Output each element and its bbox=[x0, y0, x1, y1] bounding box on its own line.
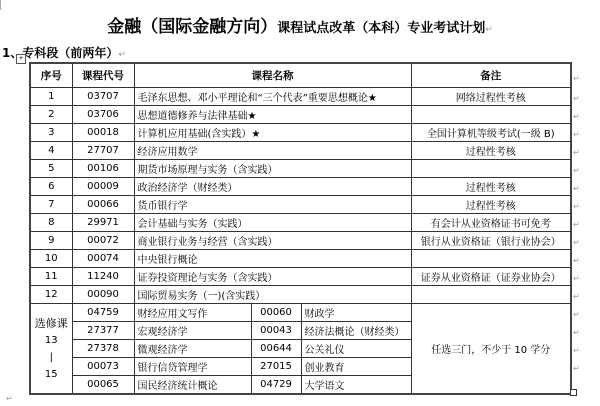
cell-code: 00072 bbox=[72, 232, 134, 250]
cell-code: 00644 bbox=[251, 340, 301, 358]
cell-code: 27707 bbox=[72, 142, 134, 160]
row-end-mark: ↵ bbox=[573, 238, 580, 247]
row-end-mark: ↵ bbox=[573, 364, 580, 373]
cell-name: 商业银行业务与经营（含实践） bbox=[134, 232, 411, 250]
table-row: 3 00018 计算机应用基础(含实践）★ 全国计算机等级考试(一级 B) bbox=[30, 124, 571, 142]
row-end-mark: ↵ bbox=[573, 202, 580, 211]
table-row: 6 00009 政治经济学（财经类） 过程性考核 bbox=[30, 178, 571, 196]
cell-remark bbox=[411, 160, 571, 178]
cell-seq: 1 bbox=[30, 88, 72, 106]
title-sub: 课程试点改革（本科）专业考试计划 bbox=[277, 21, 485, 36]
cell-seq: 8 bbox=[30, 214, 72, 232]
table-row: 9 00072 商业银行业务与经营（含实践） 银行从业资格证（银行业协会） bbox=[30, 232, 571, 250]
row-end-mark: ↵ bbox=[573, 112, 580, 121]
text-cursor bbox=[0, 0, 1, 10]
row-end-mark: ↵ bbox=[573, 292, 580, 301]
exam-plan-table: 序号 课程代号 课程名称 备注 1 03707 毛泽东思想、邓小平理论和“三个代… bbox=[29, 62, 572, 395]
cell-remark: 过程性考核 bbox=[411, 142, 571, 160]
cell-remark bbox=[411, 286, 571, 304]
cell-seq: 6 bbox=[30, 178, 72, 196]
header-code: 课程代号 bbox=[72, 63, 134, 88]
cell-remark bbox=[411, 106, 571, 124]
cell-remark: 过程性考核 bbox=[411, 178, 571, 196]
cell-code: 00074 bbox=[72, 250, 134, 268]
row-end-mark: ↵ bbox=[573, 74, 580, 83]
cell-code: 29971 bbox=[72, 214, 134, 232]
cell-code: 27378 bbox=[72, 340, 134, 358]
cell-name: 微观经济学 bbox=[134, 340, 251, 358]
elective-row: 选修课 13 | 15 04759 财经应用文写作 00060 财政学 任选三门… bbox=[30, 304, 571, 322]
cell-name: 国民经济统计概论 bbox=[134, 376, 251, 395]
table-row: 7 00066 货币银行学 过程性考核 bbox=[30, 196, 571, 214]
elective-range-start: 13 bbox=[34, 332, 69, 349]
header-remark: 备注 bbox=[411, 63, 571, 88]
table-row: 10 00074 中央银行概论 bbox=[30, 250, 571, 268]
cell-code: 03707 bbox=[72, 88, 134, 106]
cell-remark: 银行从业资格证（银行业协会） bbox=[411, 232, 571, 250]
cell-seq: 7 bbox=[30, 196, 72, 214]
cell-seq: 2 bbox=[30, 106, 72, 124]
cell-seq: 9 bbox=[30, 232, 72, 250]
cell-seq: 4 bbox=[30, 142, 72, 160]
cell-seq: 5 bbox=[30, 160, 72, 178]
elective-range-sep: | bbox=[34, 349, 69, 366]
cell-name: 公关礼仪 bbox=[301, 340, 411, 358]
cell-remark: 证券从业资格证（证券业协会） bbox=[411, 268, 571, 286]
cell-code: 27377 bbox=[72, 322, 134, 340]
cell-name: 毛泽东思想、邓小平理论和“三个代表”重要思想概论★ bbox=[134, 88, 411, 106]
row-end-mark: ↵ bbox=[573, 328, 580, 337]
cell-name: 思想道德修养与法律基础★ bbox=[134, 106, 411, 124]
cell-code: 00009 bbox=[72, 178, 134, 196]
table-row: 2 03706 思想道德修养与法律基础★ bbox=[30, 106, 571, 124]
elective-label: 选修课 bbox=[34, 315, 69, 332]
cell-code: 03706 bbox=[72, 106, 134, 124]
cell-remark: 全国计算机等级考试(一级 B) bbox=[411, 124, 571, 142]
cell-code: 00018 bbox=[72, 124, 134, 142]
cell-code: 00060 bbox=[251, 304, 301, 322]
cell-name: 银行信贷管理学 bbox=[134, 358, 251, 376]
cell-name: 宏观经济学 bbox=[134, 322, 251, 340]
cell-remark: 有会计从业资格证书可免考 bbox=[411, 214, 571, 232]
table-move-handle-icon[interactable]: + bbox=[16, 54, 26, 64]
cell-name: 会计基础与实务（实践） bbox=[134, 214, 411, 232]
table-resize-handle[interactable] bbox=[570, 389, 577, 396]
cell-seq: 11 bbox=[30, 268, 72, 286]
row-end-mark: ↵ bbox=[573, 184, 580, 193]
header-seq: 序号 bbox=[30, 63, 72, 88]
cell-code: 04759 bbox=[72, 304, 134, 322]
cell-name: 大学语文 bbox=[301, 376, 411, 395]
document-title: 金融（国际金融方向）课程试点改革（本科）专业考试计划↵ bbox=[0, 12, 600, 37]
cell-name: 财经应用文写作 bbox=[134, 304, 251, 322]
cell-name: 期货市场原理与实务（含实践） bbox=[134, 160, 411, 178]
title-main: 金融（国际金融方向） bbox=[107, 17, 277, 37]
elective-label-cell: 选修课 13 | 15 bbox=[30, 304, 72, 395]
elective-remark: 任选三门，不少于 10 学分 bbox=[411, 304, 571, 395]
row-end-mark: ↵ bbox=[573, 346, 580, 355]
row-end-mark: ↵ bbox=[573, 310, 580, 319]
cell-code: 00106 bbox=[72, 160, 134, 178]
table-row: 4 27707 经济应用数学 过程性考核 bbox=[30, 142, 571, 160]
table-row: 11 11240 证券投资理论与实务（含实践） 证券从业资格证（证券业协会） bbox=[30, 268, 571, 286]
cell-name: 证券投资理论与实务（含实践） bbox=[134, 268, 411, 286]
cell-seq: 3 bbox=[30, 124, 72, 142]
cell-name: 财政学 bbox=[301, 304, 411, 322]
row-end-mark: ↵ bbox=[573, 166, 580, 175]
row-end-mark: ↵ bbox=[573, 274, 580, 283]
cell-remark bbox=[411, 250, 571, 268]
paragraph-mark: ↵ bbox=[485, 25, 493, 35]
cell-name: 国际贸易实务（一)(含实践） bbox=[134, 286, 411, 304]
cell-code: 04729 bbox=[251, 376, 301, 395]
cell-code: 00066 bbox=[72, 196, 134, 214]
cell-name: 经济法概论（财经类） bbox=[301, 322, 411, 340]
cell-name: 经济应用数学 bbox=[134, 142, 411, 160]
cell-remark: 过程性考核 bbox=[411, 196, 571, 214]
paragraph-mark: ↵ bbox=[118, 50, 126, 60]
cell-code: 00065 bbox=[72, 376, 134, 395]
paragraph-mark: ↵ bbox=[6, 394, 13, 403]
cell-name: 中央银行概论 bbox=[134, 250, 411, 268]
cell-code: 00073 bbox=[72, 358, 134, 376]
cell-seq: 12 bbox=[30, 286, 72, 304]
header-name: 课程名称 bbox=[134, 63, 411, 88]
cell-name: 货币银行学 bbox=[134, 196, 411, 214]
elective-range-end: 15 bbox=[34, 366, 69, 383]
table-row: 1 03707 毛泽东思想、邓小平理论和“三个代表”重要思想概论★ 网络过程性考… bbox=[30, 88, 571, 106]
cell-name: 创业教育 bbox=[301, 358, 411, 376]
cell-code: 27015 bbox=[251, 358, 301, 376]
table-header-row: 序号 课程代号 课程名称 备注 bbox=[30, 63, 571, 88]
cell-remark: 网络过程性考核 bbox=[411, 88, 571, 106]
cell-code: 00043 bbox=[251, 322, 301, 340]
row-end-mark: ↵ bbox=[573, 94, 580, 103]
table-row: 8 29971 会计基础与实务（实践） 有会计从业资格证书可免考 bbox=[30, 214, 571, 232]
row-end-mark: ↵ bbox=[573, 130, 580, 139]
cell-seq: 10 bbox=[30, 250, 72, 268]
row-end-mark: ↵ bbox=[573, 148, 580, 157]
cell-code: 11240 bbox=[72, 268, 134, 286]
cell-name: 计算机应用基础(含实践）★ bbox=[134, 124, 411, 142]
cell-name: 政治经济学（财经类） bbox=[134, 178, 411, 196]
row-end-mark: ↵ bbox=[573, 256, 580, 265]
table-row: 5 00106 期货市场原理与实务（含实践） bbox=[30, 160, 571, 178]
table-row: 12 00090 国际贸易实务（一)(含实践） bbox=[30, 286, 571, 304]
row-end-mark: ↵ bbox=[573, 220, 580, 229]
cell-code: 00090 bbox=[72, 286, 134, 304]
